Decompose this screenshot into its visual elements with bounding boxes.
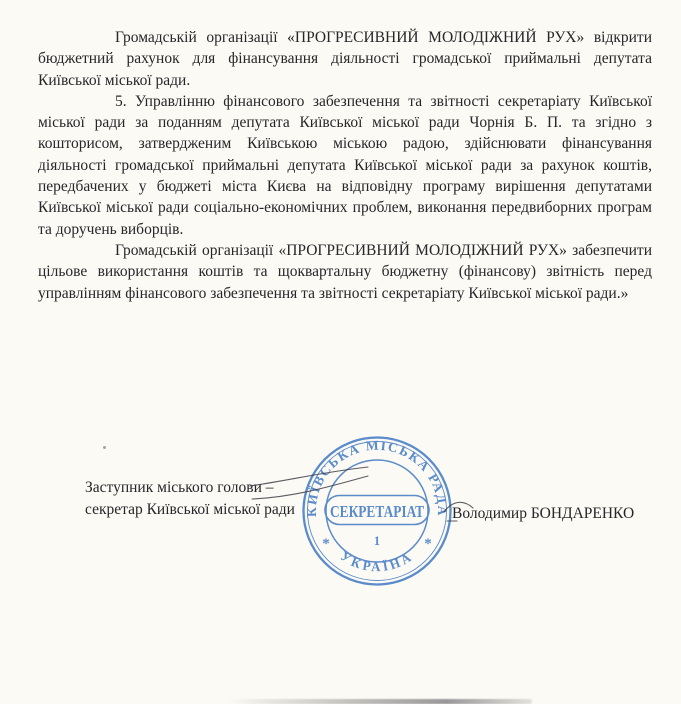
document-body: Громадській організації «ПРОГРЕСИВНИЙ МО… bbox=[38, 27, 652, 304]
scan-edge-artifact bbox=[228, 699, 532, 704]
stamp-center-number: 1 bbox=[374, 534, 380, 548]
paragraph-2: 5. Управлінню фінансового забезпечення т… bbox=[38, 91, 652, 240]
scan-speck bbox=[103, 446, 106, 449]
paragraph-3: Громадській організації «ПРОГРЕСИВНИЙ МО… bbox=[38, 240, 652, 304]
signatory-title: Заступник міського голови – секретар Киї… bbox=[85, 477, 295, 520]
stamp-star-right-icon: * bbox=[424, 536, 432, 552]
official-round-stamp: КИЇВСЬКА МІСЬКА РАДА УКРАЇНА СЕКРЕТАРІАТ… bbox=[299, 433, 455, 591]
paragraph-1: Громадській організації «ПРОГРЕСИВНИЙ МО… bbox=[38, 27, 652, 91]
stamp-center-text: СЕКРЕТАРІАТ bbox=[330, 502, 425, 521]
signatory-name: Володимир БОНДАРЕНКО bbox=[452, 505, 634, 523]
stamp-star-left-icon: * bbox=[322, 536, 330, 552]
stamp-ring-text-bottom: УКРАЇНА bbox=[338, 548, 416, 574]
signatory-title-line2: секретар Київської міської ради bbox=[85, 499, 295, 521]
document-page: Громадській організації «ПРОГРЕСИВНИЙ МО… bbox=[0, 0, 681, 704]
signatory-title-line1: Заступник міського голови – bbox=[85, 477, 295, 499]
